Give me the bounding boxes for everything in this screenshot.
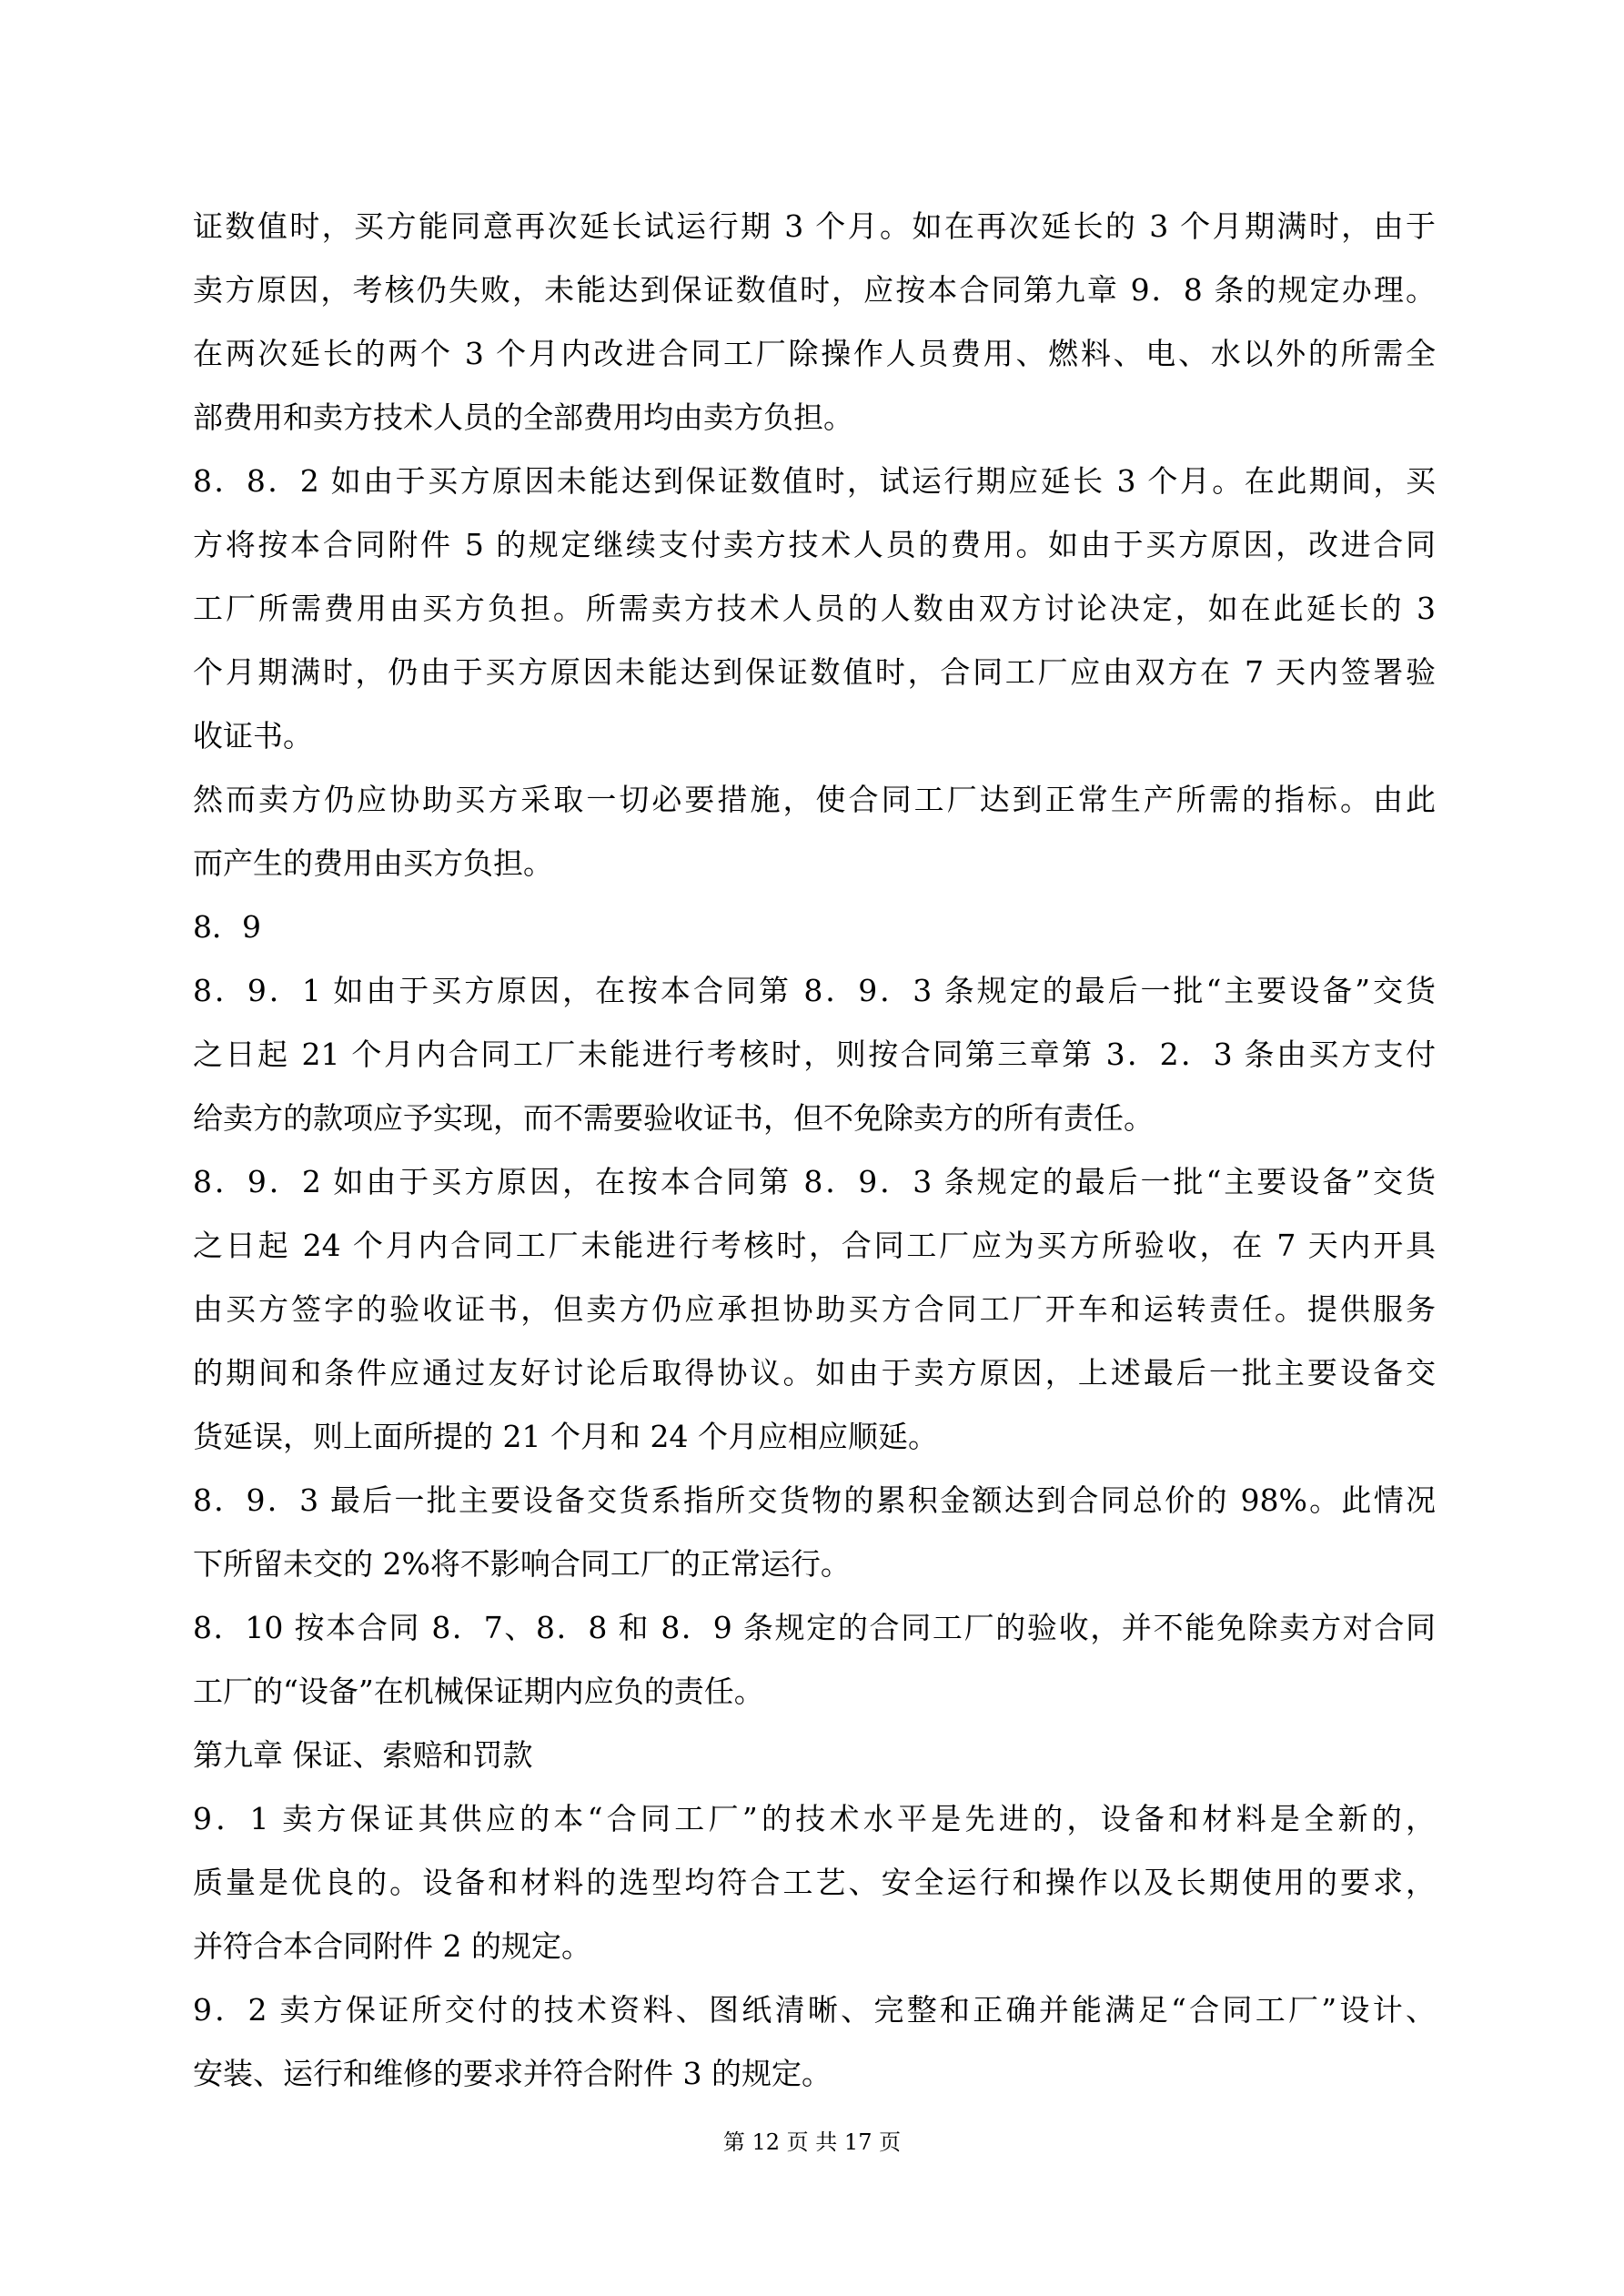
text-line: 8．9 (193, 895, 1436, 959)
document-body: 证数值时，买方能同意再次延长试运行期 3 个月。如在再次延长的 3 个月期满时，… (193, 195, 1436, 2106)
text-line: 安装、运行和维修的要求并符合附件 3 的规定。 (193, 2042, 1436, 2106)
text-line: 个月期满时，仍由于买方原因未能达到保证数值时，合同工厂应由双方在 7 天内签署验 (193, 641, 1436, 704)
text-line: 下所留未交的 2%将不影响合同工厂的正常运行。 (193, 1532, 1436, 1596)
text-line: 9．1 卖方保证其供应的本“合同工厂”的技术水平是先进的，设备和材料是全新的， (193, 1787, 1436, 1851)
text-line: 之日起 21 个月内合同工厂未能进行考核时，则按合同第三章第 3．2．3 条由买… (193, 1023, 1436, 1087)
text-line: 然而卖方仍应协助买方采取一切必要措施，使合同工厂达到正常生产所需的指标。由此 (193, 768, 1436, 832)
text-line: 给卖方的款项应予实现，而不需要验收证书，但不免除卖方的所有责任。 (193, 1087, 1436, 1150)
text-line: 在两次延长的两个 3 个月内改进合同工厂除操作人员费用、燃料、电、水以外的所需全 (193, 322, 1436, 386)
text-line: 8．10 按本合同 8．7、8．8 和 8．9 条规定的合同工厂的验收，并不能免… (193, 1596, 1436, 1660)
text-line: 方将按本合同附件 5 的规定继续支付卖方技术人员的费用。如由于买方原因，改进合同 (193, 513, 1436, 577)
text-line: 工厂的“设备”在机械保证期内应负的责任。 (193, 1660, 1436, 1724)
text-line: 8．8．2 如由于买方原因未能达到保证数值时，试运行期应延长 3 个月。在此期间… (193, 450, 1436, 513)
section-heading: 第九章 保证、索赔和罚款 (193, 1724, 1436, 1787)
text-line: 证数值时，买方能同意再次延长试运行期 3 个月。如在再次延长的 3 个月期满时，… (193, 195, 1436, 258)
text-line: 之日起 24 个月内合同工厂未能进行考核时，合同工厂应为买方所验收，在 7 天内… (193, 1214, 1436, 1278)
text-line: 8．9．2 如由于买方原因，在按本合同第 8．9．3 条规定的最后一批“主要设备… (193, 1150, 1436, 1214)
document-page: 证数值时，买方能同意再次延长试运行期 3 个月。如在再次延长的 3 个月期满时，… (0, 0, 1624, 2296)
text-line: 8．9．1 如由于买方原因，在按本合同第 8．9．3 条规定的最后一批“主要设备… (193, 959, 1436, 1023)
text-line: 由买方签字的验收证书，但卖方仍应承担协助买方合同工厂开车和运转责任。提供服务 (193, 1278, 1436, 1341)
text-line: 8．9．3 最后一批主要设备交货系指所交货物的累积金额达到合同总价的 98%。此… (193, 1469, 1436, 1532)
page-footer: 第 12 页 共 17 页 (0, 2128, 1624, 2157)
text-line: 工厂所需费用由买方负担。所需卖方技术人员的人数由双方讨论决定，如在此延长的 3 (193, 577, 1436, 641)
text-line: 收证书。 (193, 704, 1436, 768)
text-line: 卖方原因，考核仍失败，未能达到保证数值时，应按本合同第九章 9．8 条的规定办理… (193, 258, 1436, 322)
text-line: 并符合本合同附件 2 的规定。 (193, 1915, 1436, 1978)
text-line: 质量是优良的。设备和材料的选型均符合工艺、安全运行和操作以及长期使用的要求， (193, 1851, 1436, 1915)
text-line: 货延误，则上面所提的 21 个月和 24 个月应相应顺延。 (193, 1405, 1436, 1469)
text-line: 的期间和条件应通过友好讨论后取得协议。如由于卖方原因，上述最后一批主要设备交 (193, 1341, 1436, 1405)
text-line: 部费用和卖方技术人员的全部费用均由卖方负担。 (193, 386, 1436, 450)
text-line: 而产生的费用由买方负担。 (193, 832, 1436, 895)
text-line: 9．2 卖方保证所交付的技术资料、图纸清晰、完整和正确并能满足“合同工厂”设计、 (193, 1978, 1436, 2042)
